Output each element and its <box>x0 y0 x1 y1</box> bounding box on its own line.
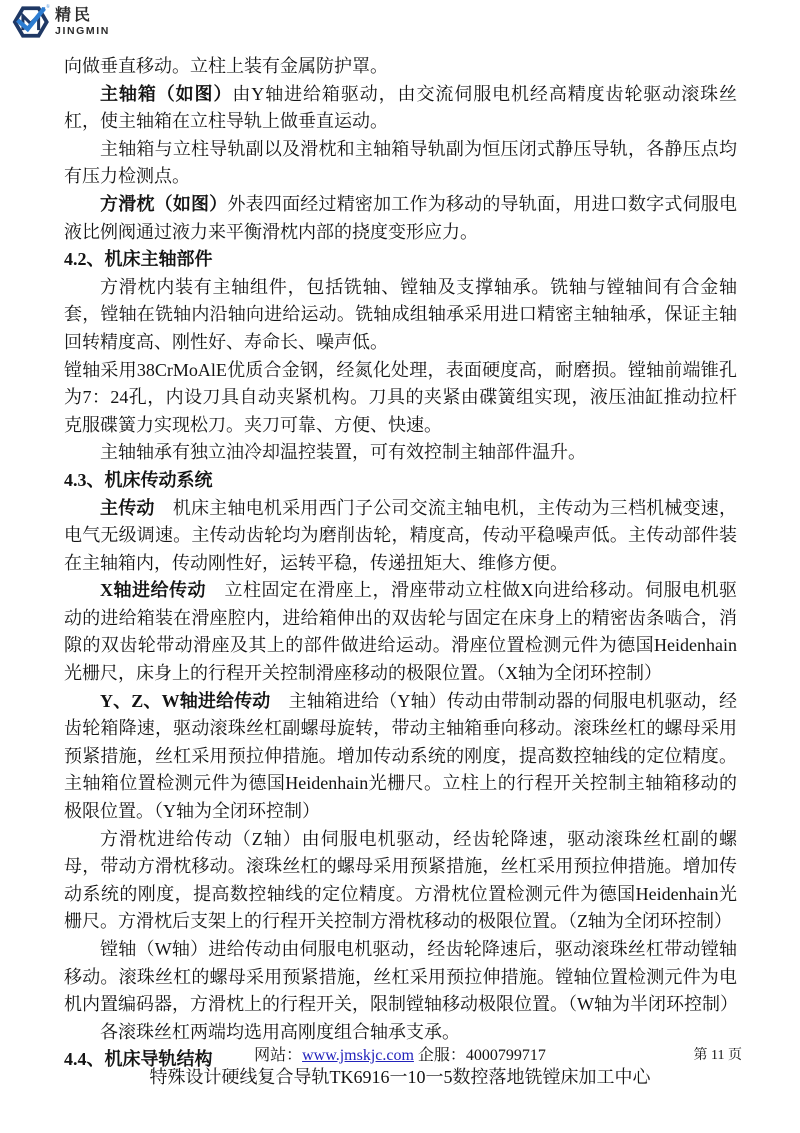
paragraph-text: 方滑枕内装有主轴组件，包括铣轴、镗轴及支撑轴承。铣轴与镗轴间有合金轴套，镗轴在铣… <box>64 277 737 352</box>
document-page: ® 精民 JINGMIN 向做垂直移动。立柱上装有金属防护罩。主轴箱（如图）由Y… <box>0 0 800 1133</box>
paragraph: X轴进给传动 立柱固定在滑座上，滑座带动立柱做X向进给移动。伺服电机驱动的进给箱… <box>64 577 737 687</box>
paragraph: 主轴轴承有独立油冷却温控装置，可有效控制主轴部件温升。 <box>64 439 737 467</box>
paragraph: 镗轴采用38CrMoAlE优质合金钢，经氮化处理，表面硬度高，耐磨损。镗轴前端锥… <box>64 357 737 440</box>
paragraph-text: 机床主轴电机采用西门子公司交流主轴电机，主传动为三档机械变速，电气无级调速。主传… <box>64 498 737 573</box>
paragraph-lead-bold: 方滑枕（如图） <box>100 194 227 214</box>
paragraph-text: 向做垂直移动。立柱上装有金属防护罩。 <box>64 56 388 76</box>
footer-service-text: 企服：4000799717 <box>414 1047 546 1064</box>
paragraph-lead-bold: 主轴箱（如图） <box>100 84 232 104</box>
paragraph: 主轴箱与立柱导轨副以及滑枕和主轴箱导轨副为恒压闭式静压导轨，各静压点均有压力检测… <box>64 136 737 191</box>
brand-name-chinese: 精民 <box>55 8 110 24</box>
paragraph: 镗轴（W轴）进给传动由伺服电机驱动，经齿轮降速后，驱动滚珠丝杠带动镗轴移动。滚珠… <box>64 936 737 1019</box>
jingmin-logo-icon: ® <box>12 3 50 41</box>
paragraph-lead-bold: Y、Z、W轴进给传动 <box>100 691 270 711</box>
document-footer-title: 特殊设计硬线复合导轨TK6916一10一5数控落地铣镗床加工中心 <box>0 1063 800 1089</box>
document-body: 向做垂直移动。立柱上装有金属防护罩。主轴箱（如图）由Y轴进给箱驱动，由交流伺服电… <box>64 53 737 1074</box>
brand-text-block: 精民 JINGMIN <box>55 8 110 37</box>
paragraph: 方滑枕内装有主轴组件，包括铣轴、镗轴及支撑轴承。铣轴与镗轴间有合金轴套，镗轴在铣… <box>64 274 737 357</box>
paragraph-lead-bold: X轴进给传动 <box>100 580 206 600</box>
paragraph-text: 镗轴采用38CrMoAlE优质合金钢，经氮化处理，表面硬度高，耐磨损。镗轴前端锥… <box>64 360 737 435</box>
paragraph-text: 4.3、机床传动系统 <box>64 470 213 490</box>
paragraph: 向做垂直移动。立柱上装有金属防护罩。 <box>64 53 737 81</box>
paragraph: 方滑枕（如图）外表四面经过精密加工作为移动的导轨面，用进口数字式伺服电液比例阀通… <box>64 191 737 246</box>
paragraph: Y、Z、W轴进给传动 主轴箱进给（Y轴）传动由带制动器的伺服电机驱动，经齿轮箱降… <box>64 688 737 826</box>
page-header: ® 精民 JINGMIN <box>12 3 110 41</box>
paragraph: 主轴箱（如图）由Y轴进给箱驱动，由交流伺服电机经高精度齿轮驱动滚珠丝杠，使主轴箱… <box>64 81 737 136</box>
paragraph: 主传动 机床主轴电机采用西门子公司交流主轴电机，主传动为三档机械变速，电气无级调… <box>64 495 737 578</box>
paragraph-text: 各滚珠丝杠两端均选用高刚度组合轴承支承。 <box>100 1022 460 1042</box>
registered-mark-icon: ® <box>46 4 50 10</box>
brand-name-english: JINGMIN <box>55 26 110 37</box>
paragraph-lead-bold: 主传动 <box>100 498 155 518</box>
section-heading: 4.3、机床传动系统 <box>64 467 737 495</box>
section-heading: 4.2、机床主轴部件 <box>64 246 737 274</box>
paragraph: 方滑枕进给传动（Z轴）由伺服电机驱动，经齿轮降速，驱动滚珠丝杠副的螺母，带动方滑… <box>64 826 737 936</box>
paragraph-text: 主轴轴承有独立油冷却温控装置，可有效控制主轴部件温升。 <box>100 442 586 462</box>
paragraph-text: 镗轴（W轴）进给传动由伺服电机驱动，经齿轮降速后，驱动滚珠丝杠带动镗轴移动。滚珠… <box>64 939 738 1014</box>
footer-contact-line: 网站：www.jmskjc.com 企服：4000799717 <box>0 1042 800 1065</box>
paragraph-text: 方滑枕进给传动（Z轴）由伺服电机驱动，经齿轮降速，驱动滚珠丝杠副的螺母，带动方滑… <box>64 829 737 932</box>
page-number: 第 11 页 <box>694 1044 742 1064</box>
paragraph-text: 主轴箱与立柱导轨副以及滑枕和主轴箱导轨副为恒压闭式静压导轨，各静压点均有压力检测… <box>64 139 737 187</box>
footer-site-label: 网站： <box>254 1047 302 1064</box>
paragraph-text: 4.2、机床主轴部件 <box>64 249 213 269</box>
website-link[interactable]: www.jmskjc.com <box>302 1047 414 1064</box>
